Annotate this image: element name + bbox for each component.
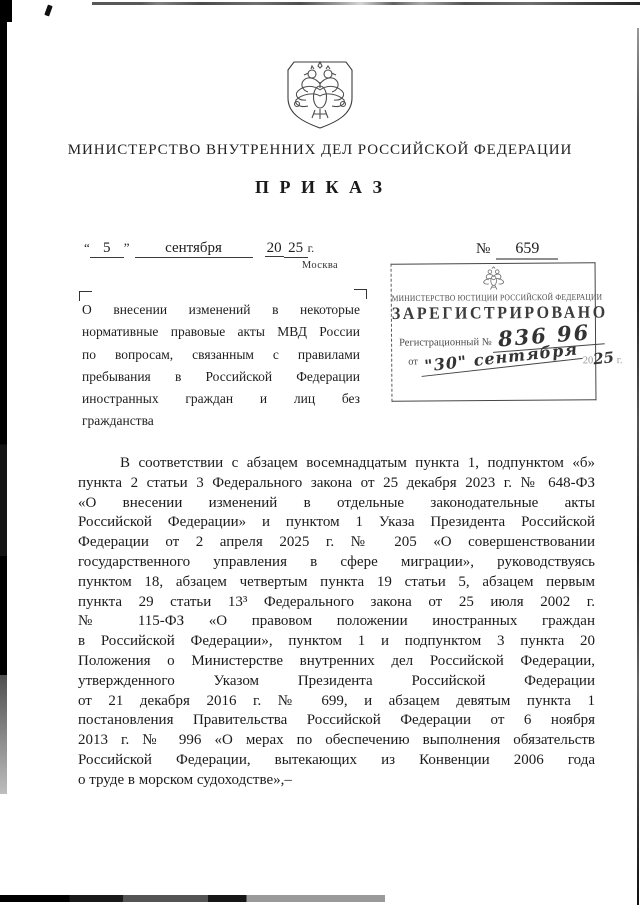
registration-stamp: МИНИСТЕРСТВО ЮСТИЦИИ РОССИЙСКОЙ ФЕДЕРАЦИ… — [391, 262, 597, 401]
body-line: «О внесении изменений в отдельные законо… — [78, 494, 595, 514]
body-line: пункта 29 статьи 13³ Федерального закона… — [78, 593, 595, 613]
close-quote: ” — [124, 240, 130, 255]
scan-top-edge-artifact — [92, 2, 640, 5]
ministry-title: МИНИСТЕРСТВО ВНУТРЕННИХ ДЕЛ РОССИЙСКОЙ Ф… — [0, 142, 640, 159]
subject-line: пребывания в Российской Федерации — [82, 366, 360, 388]
stamp-date-suffix: г. — [617, 355, 623, 366]
year-value: 25 — [284, 240, 308, 258]
stamp-year-prefix: 20 — [583, 355, 594, 366]
body-line: в Российской Федерации», пунктом 1 и под… — [78, 632, 595, 652]
scan-left-edge-artifact — [0, 0, 7, 794]
year-prefix: 20 — [265, 240, 284, 257]
body-line: пунктом 18, абзацем четвертым пункта 19 … — [78, 573, 595, 593]
stamp-date-line: от "30" сентября2025 г. — [408, 348, 595, 369]
stamp-year-value: 25 — [592, 348, 615, 368]
body-line: утвержденного Указом Президента Российск… — [78, 672, 595, 692]
body-line: Российской Федерации, вытекающих из Конв… — [78, 751, 595, 771]
body-line: Федерации от 2 апреля 2025 г. № 205 «О с… — [78, 533, 595, 553]
body-line: № 115-ФЗ «О правовом положении иностранн… — [78, 612, 595, 632]
letterhead-corner-mark-right — [354, 289, 367, 299]
subject-block: О внесении изменений в некоторые нормати… — [82, 299, 360, 433]
scan-speck-artifact — [44, 4, 52, 16]
subject-line: гражданства — [82, 410, 360, 432]
scan-bottom-edge-artifact — [0, 895, 385, 902]
body-line: 2013 г. № 996 «О мерах по обеспечению вы… — [78, 731, 595, 751]
body-line: о труде в морском судоходстве»,– — [78, 771, 595, 791]
stamp-ministry-label: МИНИСТЕРСТВО ЮСТИЦИИ РОССИЙСКОЙ ФЕДЕРАЦИ… — [392, 292, 595, 304]
body-line: Российской Федерации» и пунктом 1 Указа … — [78, 513, 595, 533]
year-era-label: г. — [308, 241, 315, 255]
body-line: пункта 2 статьи 3 Федерального закона от… — [78, 474, 595, 494]
subject-line: нормативные правовые акты МВД России — [82, 321, 360, 343]
document-type-title: П Р И К А З — [0, 177, 640, 198]
coat-of-arms-icon — [282, 58, 358, 132]
order-number-value: 659 — [496, 240, 558, 260]
subject-line: по вопросам, связанным с правилами — [82, 344, 360, 366]
scan-left-corner-artifact — [0, 0, 12, 22]
scan-right-edge-artifact — [637, 28, 639, 905]
order-number-line: №659 — [476, 240, 558, 260]
body-line: государственного управления в сфере мигр… — [78, 553, 595, 573]
month-value: сентября — [135, 240, 253, 258]
subject-line: иностранных граждан и лиц без — [82, 388, 360, 410]
date-line: “5”сентября2025г. — [84, 240, 314, 258]
letterhead-corner-mark-left — [79, 291, 92, 301]
day-value: 5 — [90, 240, 124, 258]
stamp-eagle-icon — [476, 266, 510, 292]
body-line: В соответствии с абзацем восемнадцатым п… — [78, 454, 595, 474]
body-line: постановления Правительства Российской Ф… — [78, 711, 595, 731]
body-line: Положения о Министерстве внутренних дел … — [78, 652, 595, 672]
scanned-order-page: МИНИСТЕРСТВО ВНУТРЕННИХ ДЕЛ РОССИЙСКОЙ Ф… — [0, 0, 640, 905]
registration-number-label: Регистрационный № — [399, 337, 492, 349]
body-paragraph: В соответствии с абзацем восемнадцатым п… — [78, 454, 595, 791]
subject-line: О внесении изменений в некоторые — [82, 299, 360, 321]
body-line: от 21 декабря 2016 г. № 699, и абзацем д… — [78, 692, 595, 712]
stamp-date-prefix: от — [408, 357, 418, 368]
number-sign: № — [476, 241, 490, 257]
